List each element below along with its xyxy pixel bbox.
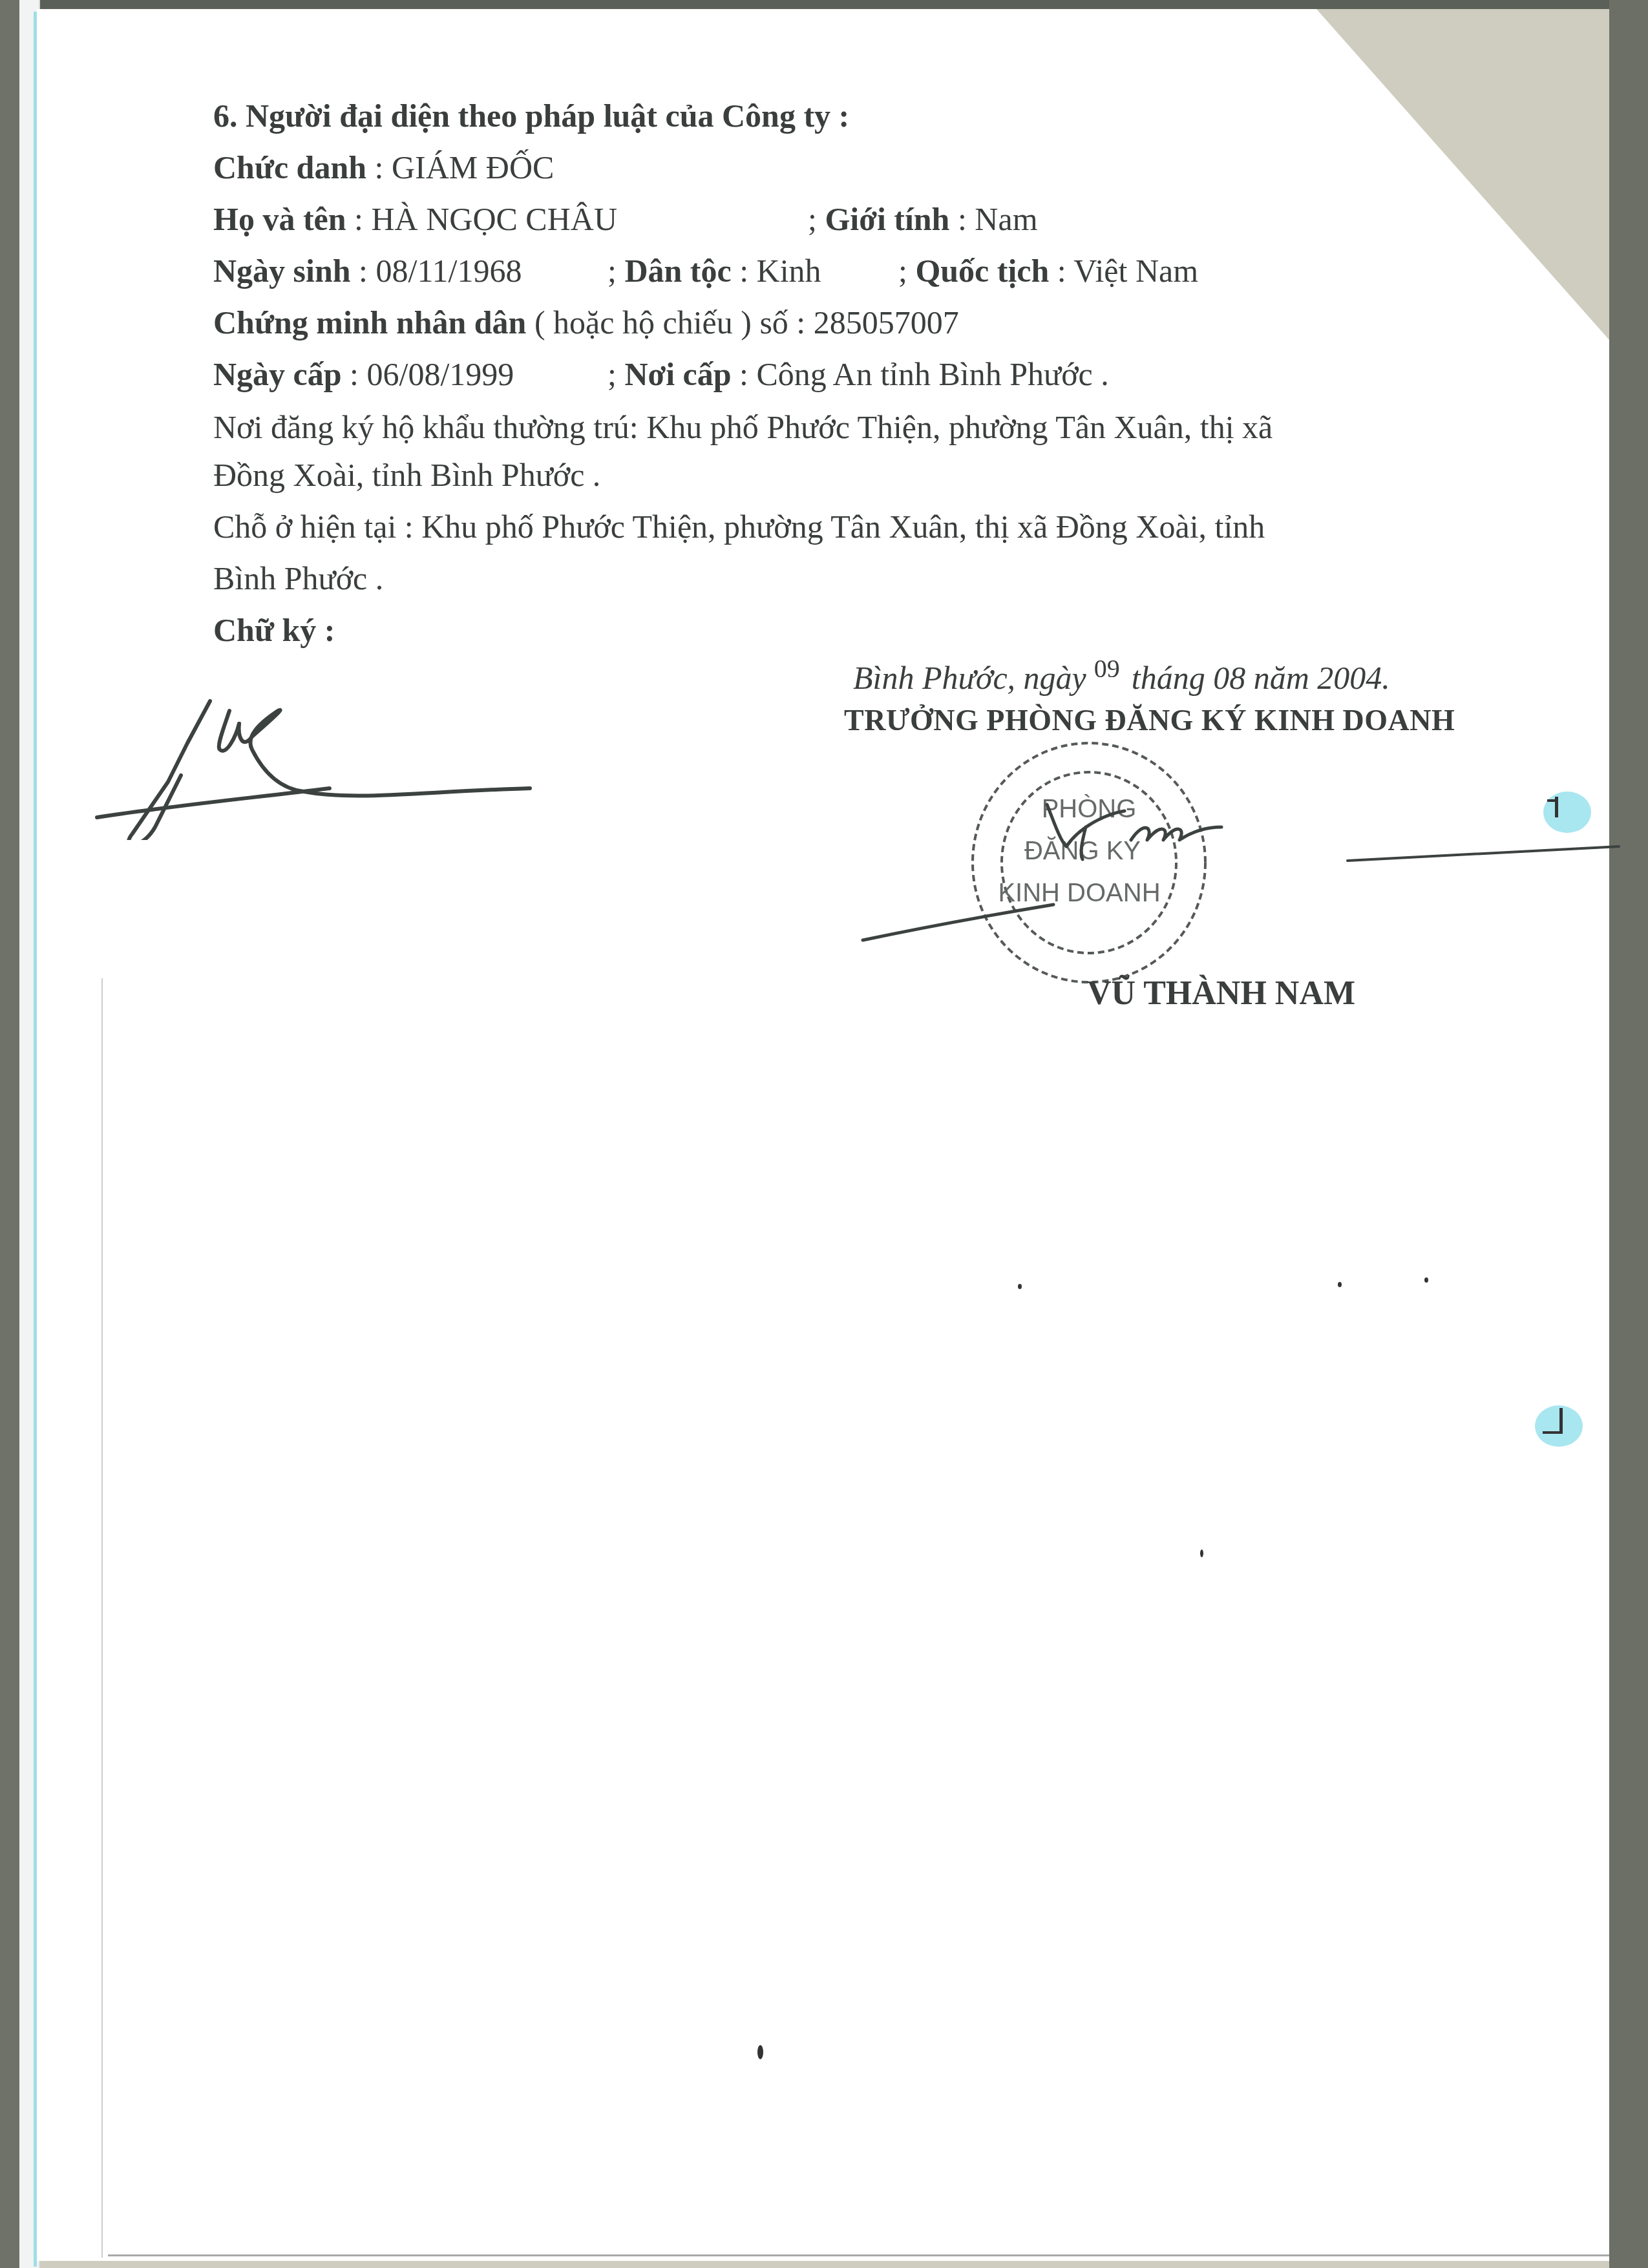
issue-date-value: 06/08/1999 [367, 356, 514, 392]
page-bottom-edge [108, 2254, 1646, 2256]
signature-label: Chữ ký : [213, 611, 335, 649]
underlying-page-edge [101, 978, 103, 2258]
semicolon: ; [607, 253, 617, 289]
separator: : [350, 356, 359, 392]
semicolon: ; [898, 253, 907, 289]
separator: : [796, 304, 805, 341]
separator: : [359, 253, 368, 289]
current-address-line-2: Bình Phước . [213, 560, 383, 597]
signer-name: VŨ THÀNH NAM [1087, 974, 1355, 1013]
field-issue-place: ; Nơi cấp : Công An tỉnh Bình Phước . [607, 355, 1109, 393]
field-fullname: Họ và tên : HÀ NGỌC CHÂU [213, 200, 617, 238]
signature-trail-line [1344, 840, 1622, 866]
field-title: Chức danh : GIÁM ĐỐC [213, 149, 554, 186]
dob-label: Ngày sinh [213, 253, 351, 289]
ethnicity-label: Dân tộc [624, 253, 731, 289]
page-left-cyan-edge [34, 12, 37, 2267]
field-nationality: ; Quốc tịch : Việt Nam [898, 252, 1198, 289]
scanner-right-edge [1609, 0, 1648, 2268]
fullname-value: HÀ NGỌC CHÂU [371, 201, 617, 237]
issuance-place-prefix: Bình Phước, ngày [853, 660, 1086, 696]
section-heading: 6. Người đại diện theo pháp luật của Côn… [213, 97, 849, 134]
director-signature [84, 672, 614, 840]
permanent-address-line-2: Đồng Xoài, tỉnh Bình Phước . [213, 456, 600, 494]
id-value: 285057007 [814, 304, 959, 341]
separator: : [1057, 253, 1066, 289]
office-title: TRƯỞNG PHÒNG ĐĂNG KÝ KINH DOANH [844, 703, 1455, 737]
issuance-month-year: tháng 08 năm 2004. [1132, 660, 1390, 696]
issue-place-label: Nơi cấp [624, 356, 731, 392]
id-note: ( hoặc hộ chiếu ) số [534, 304, 788, 341]
scanner-top-edge [0, 0, 1648, 9]
dob-value: 08/11/1968 [375, 253, 522, 289]
scanner-left-edge [0, 0, 19, 2268]
separator: : [739, 253, 748, 289]
semicolon: ; [808, 201, 817, 237]
separator: : [354, 201, 363, 237]
issuance-date: Bình Phước, ngày09tháng 08 năm 2004. [853, 659, 1390, 697]
permanent-address-line-1: Nơi đăng ký hộ khẩu thường trú: Khu phố … [213, 408, 1273, 446]
gender-value: Nam [975, 201, 1037, 237]
separator: : [958, 201, 967, 237]
current-address-line-1: Chỗ ở hiện tại : Khu phố Phước Thiện, ph… [213, 508, 1265, 545]
separator: : [739, 356, 748, 392]
scan-speck [1200, 1549, 1203, 1557]
issuance-day: 09 [1094, 654, 1120, 683]
field-issue-date: Ngày cấp : 06/08/1999 [213, 355, 514, 393]
gender-label: Giới tính [825, 201, 949, 237]
id-label: Chứng minh nhân dân [213, 304, 526, 341]
title-value: GIÁM ĐỐC [392, 149, 554, 185]
punch-hole [1535, 1405, 1583, 1447]
scan-speck [1424, 1277, 1428, 1283]
scan-speck [1338, 1282, 1342, 1287]
title-label: Chức danh [213, 149, 366, 185]
scan-speck [1018, 1284, 1022, 1289]
nationality-value: Việt Nam [1073, 253, 1198, 289]
field-id-number: Chứng minh nhân dân ( hoặc hộ chiếu ) số… [213, 304, 959, 341]
field-ethnicity: ; Dân tộc : Kinh [607, 252, 821, 289]
semicolon: ; [607, 356, 617, 392]
fullname-label: Họ và tên [213, 201, 346, 237]
issue-place-value: Công An tỉnh Bình Phước . [757, 356, 1109, 392]
field-gender: ; Giới tính : Nam [808, 200, 1038, 238]
ethnicity-value: Kinh [757, 253, 821, 289]
separator: : [375, 149, 384, 185]
signer-signature [860, 788, 1312, 956]
nationality-label: Quốc tịch [915, 253, 1049, 289]
scan-speck [757, 2045, 763, 2059]
document-page [37, 9, 1609, 2261]
field-dob: Ngày sinh : 08/11/1968 [213, 252, 522, 289]
punch-hole [1543, 792, 1591, 833]
issue-date-label: Ngày cấp [213, 356, 342, 392]
